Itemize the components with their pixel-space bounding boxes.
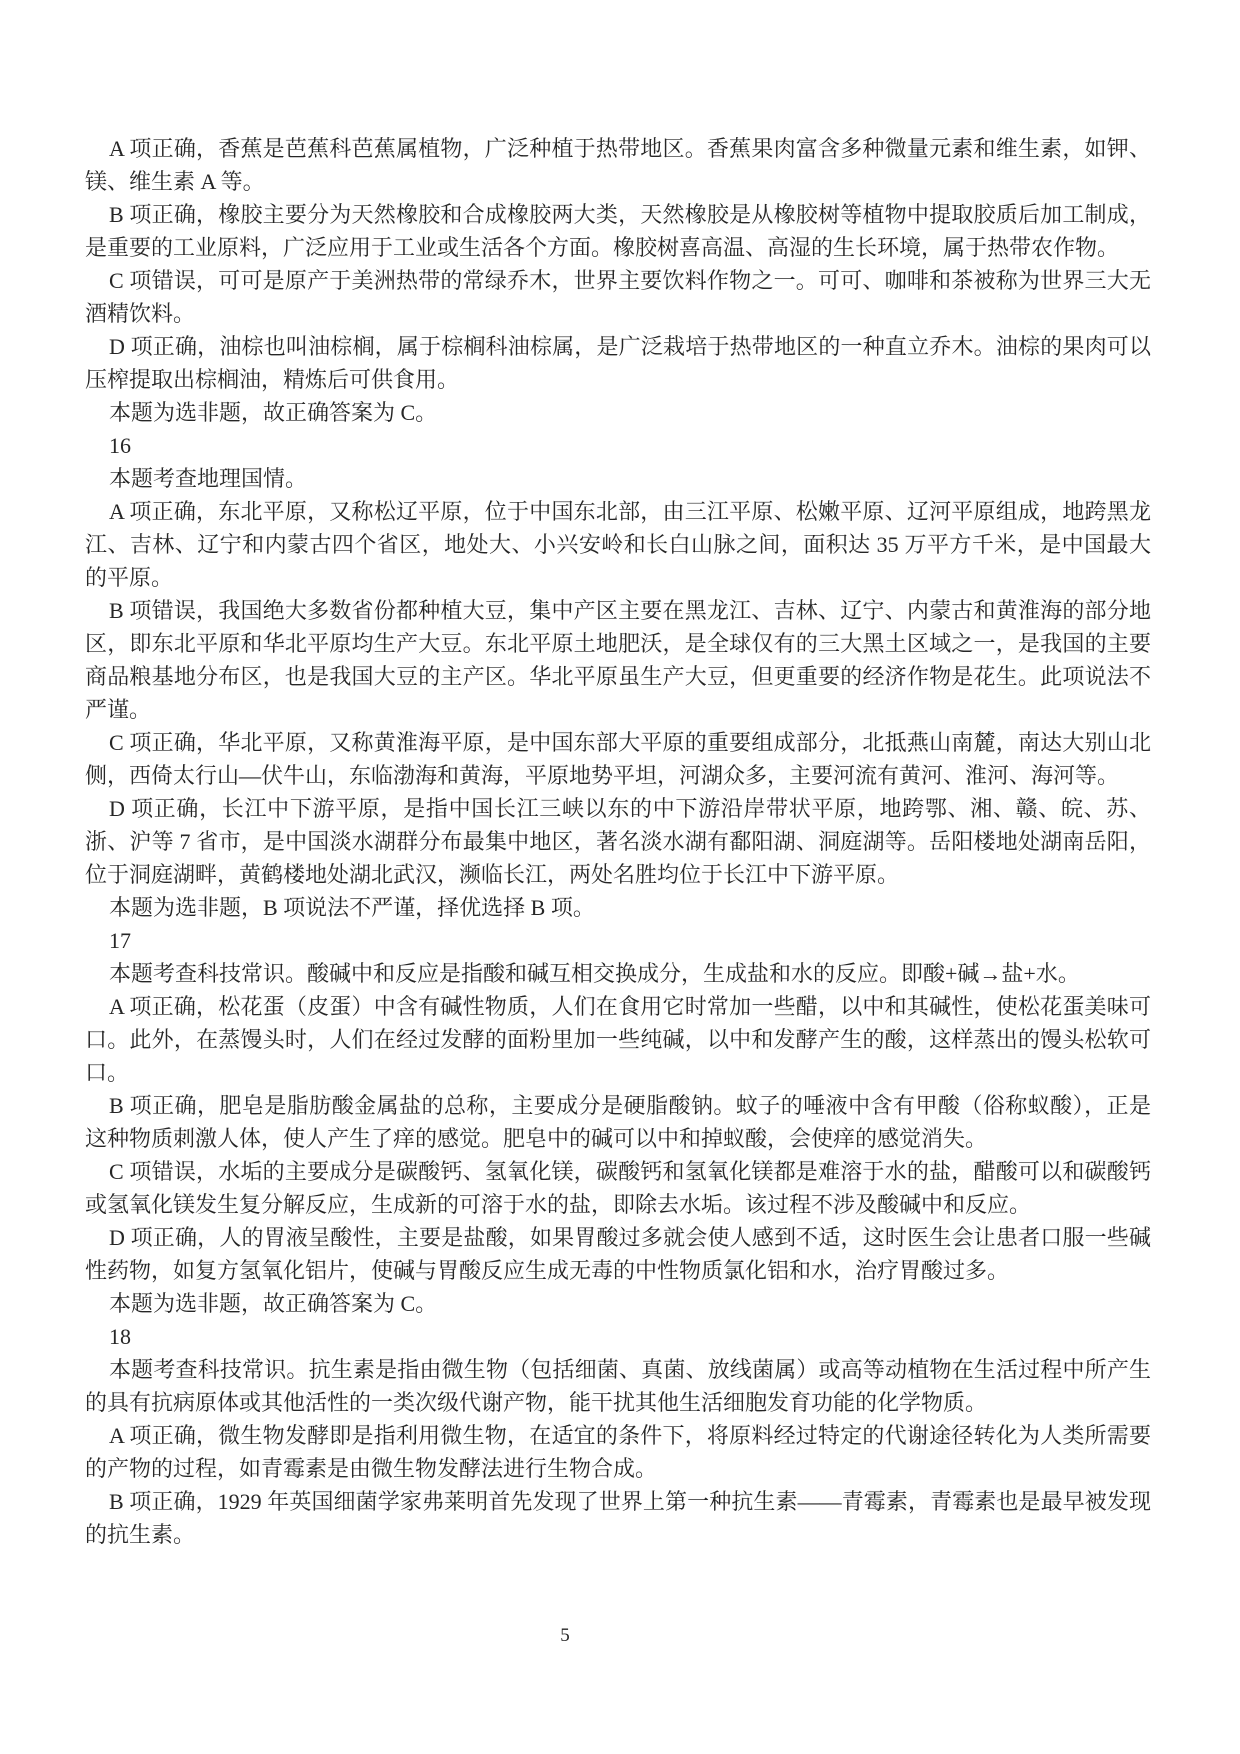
paragraph: 本题为选非题，故正确答案为 C。 [85, 396, 1151, 429]
paragraph: B 项正确，橡胶主要分为天然橡胶和合成橡胶两大类，天然橡胶是从橡胶树等植物中提取… [85, 198, 1151, 264]
paragraph: B 项错误，我国绝大多数省份都种植大豆，集中产区主要在黑龙江、吉林、辽宁、内蒙古… [85, 594, 1151, 726]
paragraph: A 项正确，香蕉是芭蕉科芭蕉属植物，广泛种植于热带地区。香蕉果肉富含多种微量元素… [85, 132, 1151, 198]
answer-explanations-text: A 项正确，香蕉是芭蕉科芭蕉属植物，广泛种植于热带地区。香蕉果肉富含多种微量元素… [85, 132, 1151, 1551]
paragraph: B 项正确，肥皂是脂肪酸金属盐的总称，主要成分是硬脂酸钠。蚊子的唾液中含有甲酸（… [85, 1089, 1151, 1155]
paragraph: 本题考查科技常识。抗生素是指由微生物（包括细菌、真菌、放线菌属）或高等动植物在生… [85, 1353, 1151, 1419]
question-number: 17 [85, 924, 1151, 957]
paragraph: 本题为选非题，B 项说法不严谨，择优选择 B 项。 [85, 891, 1151, 924]
document-page: A 项正确，香蕉是芭蕉科芭蕉属植物，广泛种植于热带地区。香蕉果肉富含多种微量元素… [0, 0, 1240, 1754]
paragraph: 本题考查科技常识。酸碱中和反应是指酸和碱互相交换成分，生成盐和水的反应。即酸+碱… [85, 957, 1151, 990]
paragraph: D 项正确，人的胃液呈酸性，主要是盐酸，如果胃酸过多就会使人感到不适，这时医生会… [85, 1221, 1151, 1287]
question-number: 16 [85, 429, 1151, 462]
paragraph: C 项正确，华北平原，又称黄淮海平原，是中国东部大平原的重要组成部分，北抵燕山南… [85, 726, 1151, 792]
paragraph: A 项正确，东北平原，又称松辽平原，位于中国东北部，由三江平原、松嫩平原、辽河平… [85, 495, 1151, 594]
question-number: 18 [85, 1320, 1151, 1353]
paragraph: A 项正确，松花蛋（皮蛋）中含有碱性物质，人们在食用它时常加一些醋，以中和其碱性… [85, 990, 1151, 1089]
paragraph: C 项错误，水垢的主要成分是碳酸钙、氢氧化镁，碳酸钙和氢氧化镁都是难溶于水的盐，… [85, 1155, 1151, 1221]
paragraph: D 项正确，油棕也叫油棕榈，属于棕榈科油棕属，是广泛栽培于热带地区的一种直立乔木… [85, 330, 1151, 396]
paragraph: 本题为选非题，故正确答案为 C。 [85, 1287, 1151, 1320]
paragraph: A 项正确，微生物发酵即是指利用微生物，在适宜的条件下，将原料经过特定的代谢途径… [85, 1419, 1151, 1485]
paragraph: 本题考查地理国情。 [85, 462, 1151, 495]
page-number: 5 [85, 1624, 1045, 1648]
paragraph: C 项错误，可可是原产于美洲热带的常绿乔木，世界主要饮料作物之一。可可、咖啡和茶… [85, 264, 1151, 330]
paragraph: B 项正确，1929 年英国细菌学家弗莱明首先发现了世界上第一种抗生素——青霉素… [85, 1485, 1151, 1551]
paragraph: D 项正确，长江中下游平原，是指中国长江三峡以东的中下游沿岸带状平原，地跨鄂、湘… [85, 792, 1151, 891]
